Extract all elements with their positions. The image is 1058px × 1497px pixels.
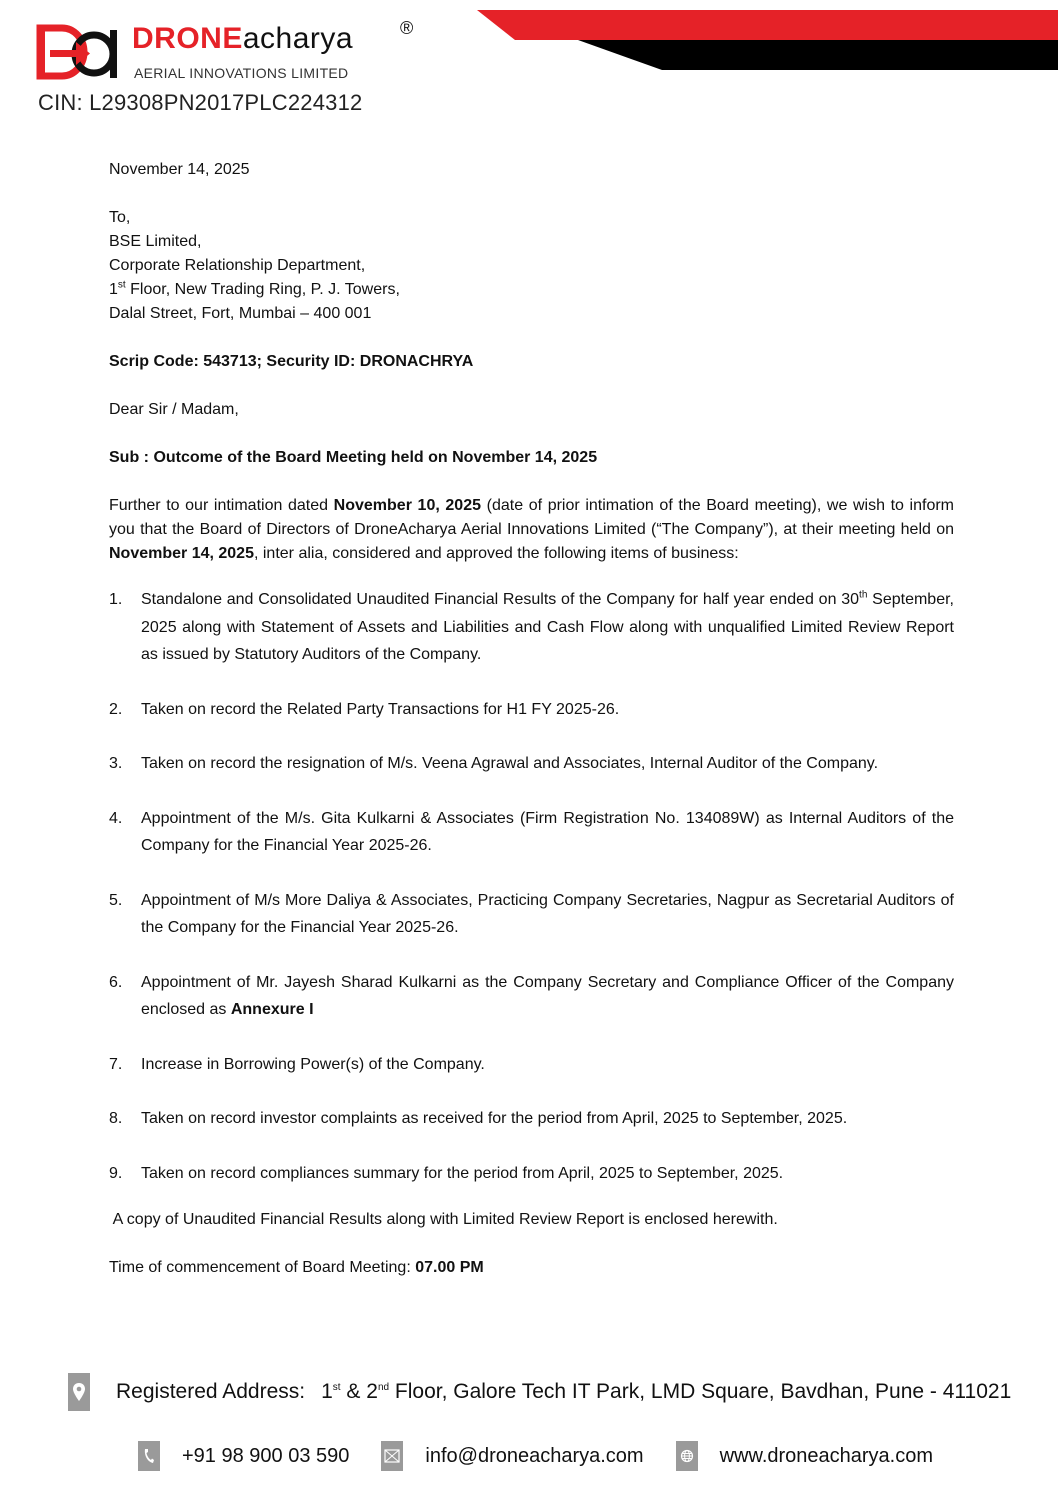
email-contact[interactable]: info@droneacharya.com [381,1441,643,1471]
phone-icon [138,1441,160,1471]
list-item: 7.Increase in Borrowing Power(s) of the … [109,1051,954,1079]
intro-paragraph: Further to our intimation dated November… [109,494,954,566]
letter-body: November 14, 2025 To, BSE Limited, Corpo… [109,158,954,1280]
cin-number: CIN: L29308PN2017PLC224312 [38,90,362,116]
registered-address: Registered Address: 1st & 2nd Floor, Gal… [68,1372,1011,1412]
email-link[interactable]: info@droneacharya.com [425,1445,643,1468]
business-items-list: 1.Standalone and Consolidated Unaudited … [109,586,954,1187]
website-contact[interactable]: www.droneacharya.com [676,1441,933,1471]
address-text: 1st & 2nd Floor, Galore Tech IT Park, LM… [321,1380,1011,1404]
brand-subtitle: AERIAL INNOVATIONS LIMITED [134,65,348,81]
list-item: 8.Taken on record investor complaints as… [109,1105,954,1133]
list-item: 1.Standalone and Consolidated Unaudited … [109,586,954,669]
addressee-line: Dalal Street, Fort, Mumbai – 400 001 [109,302,954,326]
address-label: Registered Address: [116,1380,305,1404]
contact-bar: +91 98 900 03 590 info@droneacharya.com … [138,1441,965,1471]
meeting-time-value: 07.00 PM [415,1259,483,1276]
scrip-code: Scrip Code: 543713; Security ID: DRONACH… [109,350,954,374]
brand-part-black: acharya [243,22,353,55]
registered-mark: ® [400,18,414,39]
brand-part-red: DRONE [132,22,243,55]
salutation-to: To, [109,206,954,230]
list-item: 2.Taken on record the Related Party Tran… [109,696,954,724]
location-pin-icon [68,1373,90,1411]
addressee-line: 1st Floor, New Trading Ring, P. J. Tower… [109,278,954,302]
phone-contact: +91 98 900 03 590 [138,1441,349,1471]
list-item: 9.Taken on record compliances summary fo… [109,1160,954,1188]
list-item: 6.Appointment of Mr. Jayesh Sharad Kulka… [109,969,954,1024]
list-item: 5.Appointment of M/s More Daliya & Assoc… [109,887,954,942]
addressee-line: BSE Limited, [109,230,954,254]
list-item: 4.Appointment of the M/s. Gita Kulkarni … [109,805,954,860]
addressee-line: Corporate Relationship Department, [109,254,954,278]
mail-icon [381,1441,403,1471]
globe-icon [676,1441,698,1471]
phone-number: +91 98 900 03 590 [182,1445,349,1468]
greeting: Dear Sir / Madam, [109,398,954,422]
list-item: 3.Taken on record the resignation of M/s… [109,750,954,778]
enclosure-note: A copy of Unaudited Financial Results al… [109,1208,954,1232]
brand-name: DRONEacharya ® [132,22,353,56]
letter-date: November 14, 2025 [109,158,954,182]
website-link[interactable]: www.droneacharya.com [720,1445,933,1468]
logo-icon [36,24,126,80]
subject-line: Sub : Outcome of the Board Meeting held … [109,446,954,470]
meeting-time: Time of commencement of Board Meeting: 0… [109,1256,954,1280]
